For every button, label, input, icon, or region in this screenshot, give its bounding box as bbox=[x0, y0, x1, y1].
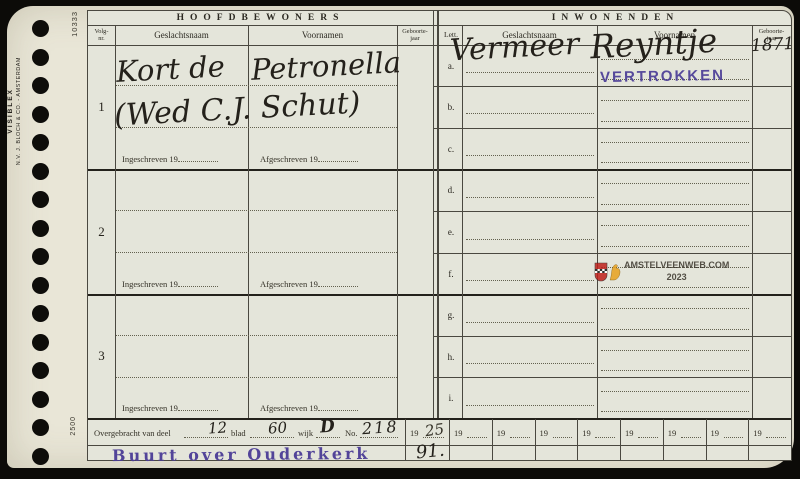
handwritten-wijk: D bbox=[319, 419, 335, 437]
dotted-leader bbox=[681, 437, 701, 438]
table-divider bbox=[433, 11, 434, 418]
strip-cell: 91. bbox=[405, 446, 449, 461]
writing-line bbox=[601, 100, 749, 101]
writing-line bbox=[601, 329, 749, 330]
strip-cell bbox=[492, 446, 535, 461]
scanned-photo-background: { "scan": { "serial_top": "10333", "seri… bbox=[0, 0, 800, 479]
column-line bbox=[597, 25, 598, 418]
year-cell: 19 bbox=[535, 419, 578, 445]
row-line bbox=[433, 128, 791, 129]
writing-line bbox=[116, 377, 397, 378]
deregistered-label: Afgeschreven 19 bbox=[260, 403, 358, 413]
year-prefix: 19 bbox=[410, 428, 419, 438]
writing-line bbox=[601, 287, 749, 288]
header-birthyear-left: Geboorte- jaar bbox=[397, 25, 433, 45]
registered-label: Ingeschreven 19 bbox=[122, 279, 218, 289]
dotted-leader bbox=[510, 437, 530, 438]
punch-hole bbox=[32, 305, 49, 322]
no-field: 218 bbox=[360, 428, 398, 438]
writing-line bbox=[116, 335, 397, 336]
row-letter: c. bbox=[440, 128, 462, 169]
header-surname-left: Geslachtsnaam bbox=[115, 25, 248, 45]
strip-cell bbox=[706, 446, 749, 461]
handwritten-surname-rowa: Vermeer bbox=[449, 30, 580, 67]
registered-label: Ingeschreven 19 bbox=[122, 154, 218, 164]
dotted-leader bbox=[638, 437, 658, 438]
punch-hole bbox=[32, 419, 49, 436]
punch-hole bbox=[32, 220, 49, 237]
column-line bbox=[752, 25, 753, 418]
row-number: 3 bbox=[88, 294, 115, 418]
row-line bbox=[433, 211, 791, 212]
right-section-title: INWONENDEN bbox=[440, 12, 791, 25]
registration-card: 10333 VISIBLEX N.V. J. BLOCH & CO. - AMS… bbox=[7, 6, 794, 468]
writing-line bbox=[466, 363, 594, 364]
strip-cell bbox=[535, 446, 578, 461]
punch-hole bbox=[32, 163, 49, 180]
handwritten-surname-row1: Kort de bbox=[115, 52, 225, 87]
row-letter: e. bbox=[440, 211, 462, 253]
dotted-leader bbox=[467, 437, 487, 438]
writing-line bbox=[466, 280, 594, 281]
transfer-label-no: No. bbox=[345, 428, 358, 438]
year-cell: 19 bbox=[492, 419, 535, 445]
strip-cell bbox=[449, 446, 492, 461]
dotted-leader bbox=[724, 437, 744, 438]
header-volgnr: Volg- nr. bbox=[88, 25, 115, 45]
transfer-label-deel: Overgebracht van deel bbox=[94, 428, 171, 438]
watermark-site: AMSTELVEENWEB.COM bbox=[624, 260, 729, 272]
deregistered-label: Afgeschreven 19 bbox=[260, 279, 358, 289]
handwritten-note-row1: (Wed C.J. Schut) bbox=[113, 89, 361, 132]
handwritten-no: 218 bbox=[361, 419, 399, 438]
row-letter: f. bbox=[440, 253, 462, 294]
header-firstnames-left: Voornamen bbox=[248, 25, 397, 45]
row-number: 2 bbox=[88, 169, 115, 294]
year-cell: 19 bbox=[748, 419, 791, 445]
punch-hole bbox=[32, 334, 49, 351]
column-line bbox=[397, 25, 398, 418]
writing-line bbox=[466, 405, 594, 406]
handwritten-number: 91. bbox=[415, 442, 445, 463]
writing-line bbox=[116, 210, 397, 211]
writing-line bbox=[466, 155, 594, 156]
writing-line bbox=[466, 197, 594, 198]
year-cell: 19 bbox=[577, 419, 620, 445]
punch-hole bbox=[32, 20, 49, 37]
year-cell: 19 bbox=[706, 419, 749, 445]
transfer-label-wijk: wijk bbox=[298, 428, 313, 438]
writing-line bbox=[601, 308, 749, 309]
dotted-leader bbox=[766, 437, 786, 438]
year-cell: 19 bbox=[449, 419, 492, 445]
writing-line bbox=[601, 183, 749, 184]
row-letter: d. bbox=[440, 169, 462, 211]
printer-brand: VISIBLEX bbox=[7, 88, 14, 134]
writing-line bbox=[601, 142, 749, 143]
registered-label: Ingeschreven 19 bbox=[122, 403, 218, 413]
writing-line bbox=[466, 322, 594, 323]
bottom-strip: Buurt over Ouderkerk 91. bbox=[88, 446, 791, 461]
dotted-leader bbox=[595, 437, 615, 438]
strip-cell bbox=[748, 446, 791, 461]
column-line bbox=[248, 25, 249, 418]
row-line bbox=[433, 86, 791, 87]
handwritten-blad: 60 bbox=[268, 420, 288, 436]
writing-line bbox=[601, 225, 749, 226]
row-number: 1 bbox=[88, 45, 115, 169]
punch-hole bbox=[32, 106, 49, 123]
year-cell: 19 bbox=[620, 419, 663, 445]
row-letter: g. bbox=[440, 294, 462, 336]
row-line bbox=[433, 377, 791, 378]
punch-hole bbox=[32, 448, 49, 465]
writing-line bbox=[601, 162, 749, 163]
wijk-field: D bbox=[316, 428, 340, 438]
writing-line bbox=[601, 391, 749, 392]
handwritten-year: 25 bbox=[424, 420, 445, 440]
column-line bbox=[462, 25, 463, 418]
punch-hole bbox=[32, 391, 49, 408]
row-letter: h. bbox=[440, 336, 462, 377]
handwritten-firstnames-rowa: Reyntje bbox=[589, 24, 718, 64]
writing-line bbox=[601, 370, 749, 371]
punch-hole bbox=[32, 277, 49, 294]
row-line bbox=[433, 253, 791, 254]
watermark: AMSTELVEENWEB.COM 2023 bbox=[594, 260, 746, 283]
table-divider bbox=[437, 11, 439, 418]
punch-hole bbox=[32, 49, 49, 66]
watermark-text: AMSTELVEENWEB.COM 2023 bbox=[624, 260, 729, 283]
deel-field: 12 bbox=[184, 428, 228, 438]
handwritten-birthyear-rowa: 1871 bbox=[751, 36, 795, 55]
vertrokken-stamp: VERTROKKEN bbox=[600, 67, 725, 86]
strip-cell bbox=[577, 446, 620, 461]
handwritten-deel: 12 bbox=[208, 420, 228, 436]
writing-line bbox=[466, 72, 594, 73]
transfer-label-blad: blad bbox=[231, 428, 246, 438]
writing-line bbox=[116, 252, 397, 253]
writing-line bbox=[466, 113, 594, 114]
printer-address: N.V. J. BLOCH & CO. - AMSTERDAM bbox=[16, 57, 22, 165]
writing-line bbox=[601, 204, 749, 205]
amstelveen-coat-of-arms bbox=[594, 262, 622, 282]
punch-hole bbox=[32, 362, 49, 379]
left-section-title: HOOFDBEWONERS bbox=[88, 12, 433, 25]
punch-hole bbox=[32, 77, 49, 94]
year-cell: 19 bbox=[663, 419, 706, 445]
punch-hole bbox=[32, 248, 49, 265]
buurt-stamp: Buurt over Ouderkerk bbox=[112, 444, 371, 465]
card-stock-number: 2500 bbox=[70, 416, 77, 436]
writing-line bbox=[601, 350, 749, 351]
transfer-left-section: Overgebracht van deel 12 blad 60 wijk D … bbox=[88, 419, 405, 445]
handwritten-firstnames-row1: Petronella bbox=[250, 48, 401, 85]
watermark-year: 2023 bbox=[624, 272, 729, 284]
strip-left-section: Buurt over Ouderkerk bbox=[88, 446, 405, 461]
writing-line bbox=[466, 239, 594, 240]
row-letter: b. bbox=[440, 86, 462, 128]
card-serial-number: 10333 bbox=[70, 11, 79, 37]
writing-line bbox=[601, 121, 749, 122]
row-line bbox=[433, 336, 791, 337]
strip-cell bbox=[620, 446, 663, 461]
dotted-leader bbox=[553, 437, 573, 438]
writing-line bbox=[601, 411, 749, 412]
blad-field: 60 bbox=[250, 428, 294, 438]
strip-cell bbox=[663, 446, 706, 461]
writing-line bbox=[601, 246, 749, 247]
row-letter: i. bbox=[440, 377, 462, 418]
punch-hole bbox=[32, 134, 49, 151]
deregistered-label: Afgeschreven 19 bbox=[260, 154, 358, 164]
card-table: HOOFDBEWONERS INWONENDEN Volg- nr. Gesla… bbox=[87, 10, 792, 461]
punch-hole bbox=[32, 191, 49, 208]
